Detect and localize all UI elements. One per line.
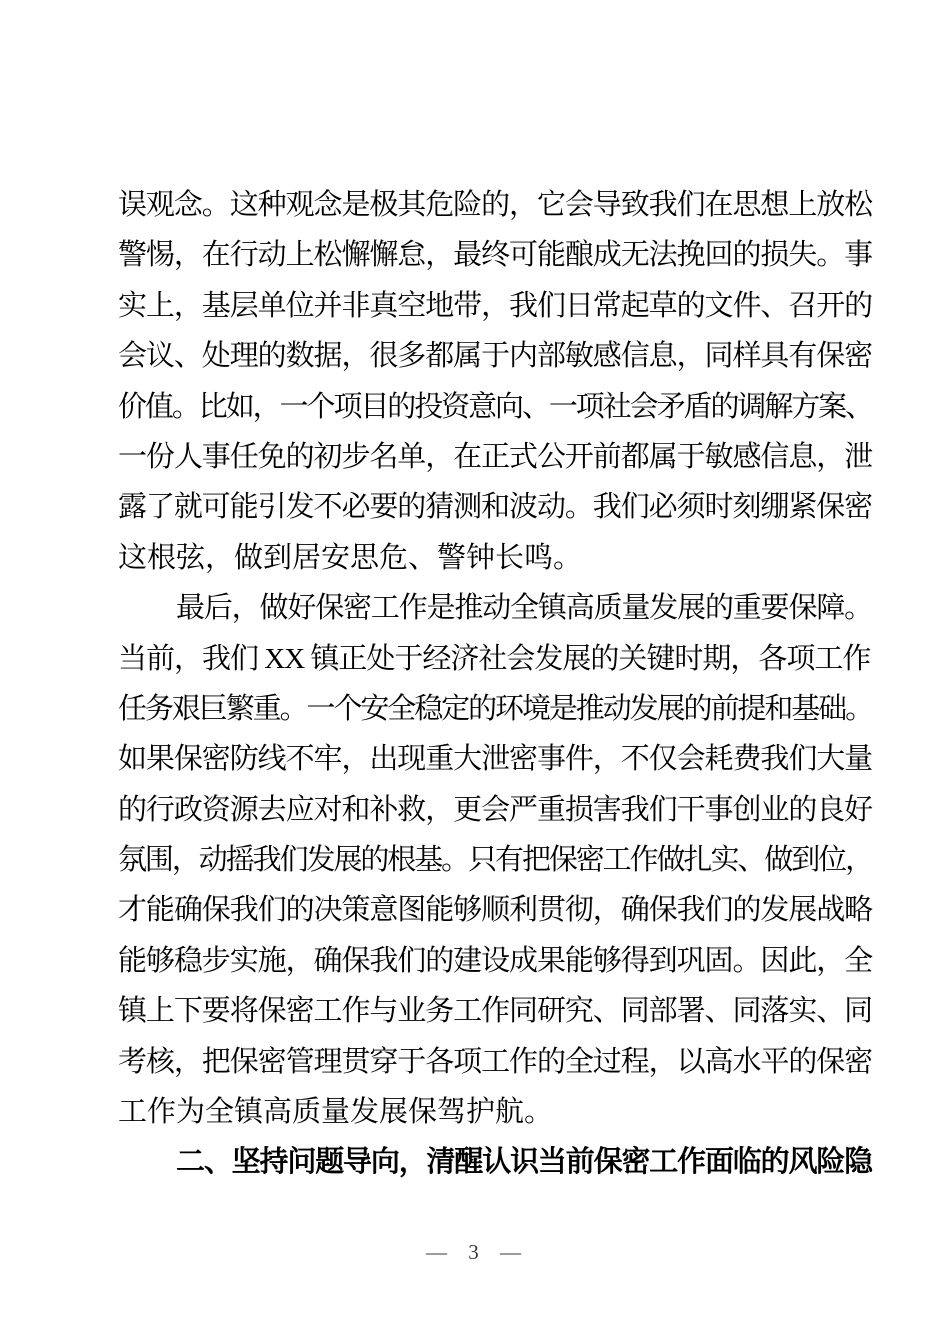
paragraph-development-guarantee-line: 如果保密防线不牢，出现重大泄密事件，不仅会耗费我们大量: [118, 734, 872, 784]
section-heading-two-line: 二、坚持问题导向，清醒认识当前保密工作面临的风险隐: [118, 1137, 872, 1187]
paragraph-development-guarantee-line: 最后，做好保密工作是推动全镇高质量发展的重要保障。: [118, 583, 872, 633]
section-heading-two: 二、坚持问题导向，清醒认识当前保密工作面临的风险隐: [118, 1137, 872, 1187]
paragraph-development-guarantee: 最后，做好保密工作是推动全镇高质量发展的重要保障。当前，我们 XX 镇正处于经济…: [118, 583, 872, 1137]
paragraph-development-guarantee-line: 考核，把保密管理贯穿于各项工作的全过程，以高水平的保密: [118, 1037, 872, 1087]
paragraph-risk-awareness-line: 一份人事任免的初步名单，在正式公开前都属于敏感信息，泄: [118, 432, 872, 482]
paragraph-development-guarantee-line: 工作为全镇高质量发展保驾护航。: [118, 1087, 872, 1137]
paragraph-risk-awareness-line: 误观念。这种观念是极其危险的，它会导致我们在思想上放松: [118, 180, 872, 230]
paragraph-risk-awareness-line: 露了就可能引发不必要的猜测和波动。我们必须时刻绷紧保密: [118, 482, 872, 532]
paragraph-risk-awareness-line: 警惕，在行动上松懈懈怠，最终可能酿成无法挽回的损失。事: [118, 230, 872, 280]
paragraph-risk-awareness-line: 实上，基层单位并非真空地带，我们日常起草的文件、召开的: [118, 281, 872, 331]
paragraph-development-guarantee-line: 能够稳步实施，确保我们的建设成果能够得到巩固。因此，全: [118, 936, 872, 986]
paragraph-development-guarantee-line: 氛围，动摇我们发展的根基。只有把保密工作做扎实、做到位，: [118, 835, 872, 885]
document-page: 误观念。这种观念是极其危险的，它会导致我们在思想上放松警惕，在行动上松懈懈怠，最…: [0, 0, 950, 1344]
document-body: 误观念。这种观念是极其危险的，它会导致我们在思想上放松警惕，在行动上松懈懈怠，最…: [118, 180, 872, 1188]
paragraph-development-guarantee-line: 任务艰巨繁重。一个安全稳定的环境是推动发展的前提和基础。: [118, 684, 872, 734]
paragraph-risk-awareness-line: 会议、处理的数据，很多都属于内部敏感信息，同样具有保密: [118, 331, 872, 381]
paragraph-risk-awareness: 误观念。这种观念是极其危险的，它会导致我们在思想上放松警惕，在行动上松懈懈怠，最…: [118, 180, 872, 583]
page-number: — 3 —: [0, 1238, 950, 1266]
paragraph-development-guarantee-line: 的行政资源去应对和补救，更会严重损害我们干事创业的良好: [118, 785, 872, 835]
paragraph-risk-awareness-line: 这根弦，做到居安思危、警钟长鸣。: [118, 533, 872, 583]
paragraph-risk-awareness-line: 价值。比如，一个项目的投资意向、一项社会矛盾的调解方案、: [118, 382, 872, 432]
paragraph-development-guarantee-line: 才能确保我们的决策意图能够顺利贯彻，确保我们的发展战略: [118, 885, 872, 935]
paragraph-development-guarantee-line: 当前，我们 XX 镇正处于经济社会发展的关键时期，各项工作: [118, 634, 872, 684]
paragraph-development-guarantee-line: 镇上下要将保密工作与业务工作同研究、同部署、同落实、同: [118, 986, 872, 1036]
